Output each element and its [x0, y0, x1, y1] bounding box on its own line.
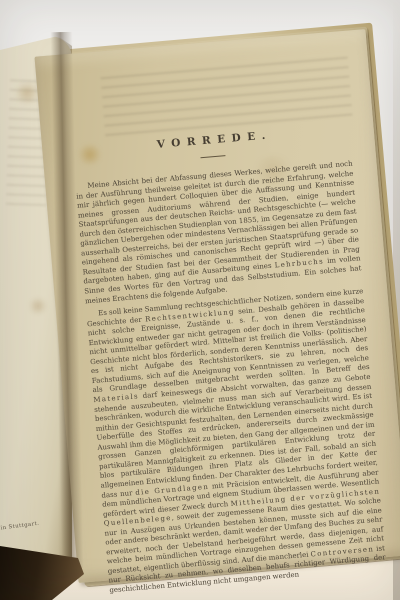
paragraph: Meine Absicht bei der Abfassung dieses W… — [75, 160, 362, 307]
book-page: VORREDE. Meine Absicht bei der Abfassung… — [34, 29, 400, 583]
page-text-block: VORREDE. Meine Absicht bei der Abfassung… — [72, 123, 387, 600]
paragraph: Es soll keine Sammlung rechtsgeschichtli… — [86, 287, 387, 596]
body-text: Meine Absicht bei der Abfassung dieses W… — [75, 160, 387, 596]
book-photo: erei in Stuttgart. VORREDE. Meine Absich… — [0, 0, 400, 600]
title-rule — [200, 155, 225, 158]
foxing-stain — [28, 298, 48, 314]
